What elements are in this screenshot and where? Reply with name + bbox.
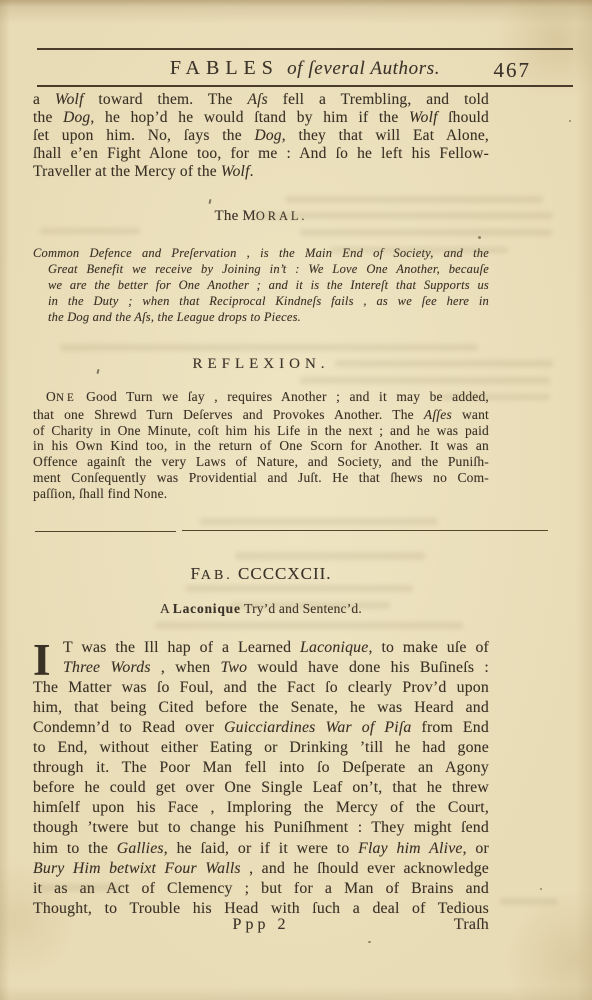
show-through-smudge (255, 212, 553, 219)
text-line: through it. The Poor Man fell into ſo De… (33, 758, 489, 778)
text-line: paſſion, ſhall find None. (33, 486, 489, 502)
text-line: that one Shrewd Turn Deſerves and Provok… (33, 407, 489, 423)
show-through-smudge (330, 247, 508, 253)
fable-number-heading: FAB. CCCCXCII. (33, 564, 489, 584)
text-line: before he could get over One Single Leaf… (33, 778, 489, 798)
fable-paragraph: I T was the Ill hap of a Learned Laconiq… (33, 638, 489, 919)
show-through-smudge (60, 344, 478, 351)
text-line: The Matter was ſo Foul, and the Fact ſo … (33, 678, 489, 698)
text-line: the Dog and the Aſs, the League drops to… (33, 309, 489, 325)
text-line: in the Duty ; when that Reciprocal Kindn… (33, 293, 489, 309)
text-line: him to the Gallies, he ſaid, or if it we… (33, 839, 489, 859)
divider-rule-left (35, 531, 176, 532)
text-line: to End, without either Eating or Drinkin… (33, 738, 489, 758)
catchword: Traſh (454, 916, 489, 934)
running-head-title: FABLES (170, 57, 279, 79)
page-footer: Ppp 2 Traſh (33, 916, 489, 938)
text-line: T was the Ill hap of a Learned Laconique… (33, 638, 489, 658)
text-line: himſelf upon his Face , Imploring the Me… (33, 798, 489, 818)
drop-cap: I (33, 640, 51, 680)
fable-text-lines: T was the Ill hap of a Learned Laconique… (33, 638, 489, 919)
text-line: of Charity in One Minute, coſt him his L… (33, 423, 489, 439)
text-line: the Dog, he hop’d he would ſtand by him … (33, 109, 489, 127)
section-divider (35, 530, 548, 533)
show-through-smudge (285, 196, 543, 203)
text-line: Traveller at the Mercy of the Wolf. (33, 163, 489, 181)
signature-mark: Ppp 2 (33, 916, 489, 934)
text-line: in his Own Kind too, in the return of On… (33, 438, 489, 454)
show-through-smudge (335, 360, 553, 367)
text-line: Offence againſt the very Laws of Nature,… (33, 454, 489, 470)
text-line: a Wolf toward them. The Aſs fell a Tremb… (33, 91, 489, 109)
show-through-smudge (235, 552, 425, 560)
moral-paragraph: Common Defence and Preſervation , is the… (33, 245, 489, 325)
show-through-smudge (230, 602, 390, 609)
page-number: 467 (494, 58, 532, 83)
opening-paragraph: a Wolf toward them. The Aſs fell a Tremb… (33, 91, 489, 181)
text-line: Bury Him betwixt Four Walls , and he ſho… (33, 859, 489, 879)
text-line: ment Conſequently was Providential and J… (33, 470, 489, 486)
text-line: him, that being Cited before the Senate,… (33, 698, 489, 718)
text-line: though ’twere but to change his Puniſhme… (33, 818, 489, 838)
text-line: ſhall e’en Fight Alone too, for me : And… (33, 145, 489, 163)
ink-speck (368, 941, 371, 943)
ink-speck (540, 888, 542, 890)
reflexion-paragraph: ONE Good Turn we ſay , requires Another … (33, 389, 489, 502)
show-through-smudge (200, 518, 438, 525)
ink-speck (569, 120, 571, 122)
show-through-smudge (300, 229, 552, 236)
show-through-smudge (500, 898, 558, 905)
text-line: Great Benefit we receive by Joining in’t… (33, 261, 489, 277)
show-through-smudge (185, 585, 413, 592)
text-line: Condemn’d to Read over Guicciardines War… (33, 718, 489, 738)
text-line: ſet upon him. No, ſays the Dog, they tha… (33, 127, 489, 145)
show-through-smudge (38, 884, 123, 891)
book-page-scan: FABLES of ſeveral Authors. 467 a Wolf to… (0, 0, 592, 1000)
show-through-smudge (155, 622, 463, 629)
show-through-smudge (40, 228, 140, 234)
text-line: Three Words , when Two would have done h… (33, 658, 489, 678)
running-head-subtitle: of ſeveral Authors. (287, 58, 440, 79)
ink-speck (478, 236, 481, 239)
running-head-band: FABLES of ſeveral Authors. 467 (37, 48, 573, 87)
show-through-smudge (300, 377, 550, 384)
text-line: FAB. CCCCXCII. (33, 564, 489, 584)
divider-rule-right (182, 530, 548, 531)
show-through-smudge (440, 394, 550, 400)
text-line: ONE Good Turn we ſay , requires Another … (33, 389, 489, 407)
text-line: we are the better for One Another ; and … (33, 277, 489, 293)
